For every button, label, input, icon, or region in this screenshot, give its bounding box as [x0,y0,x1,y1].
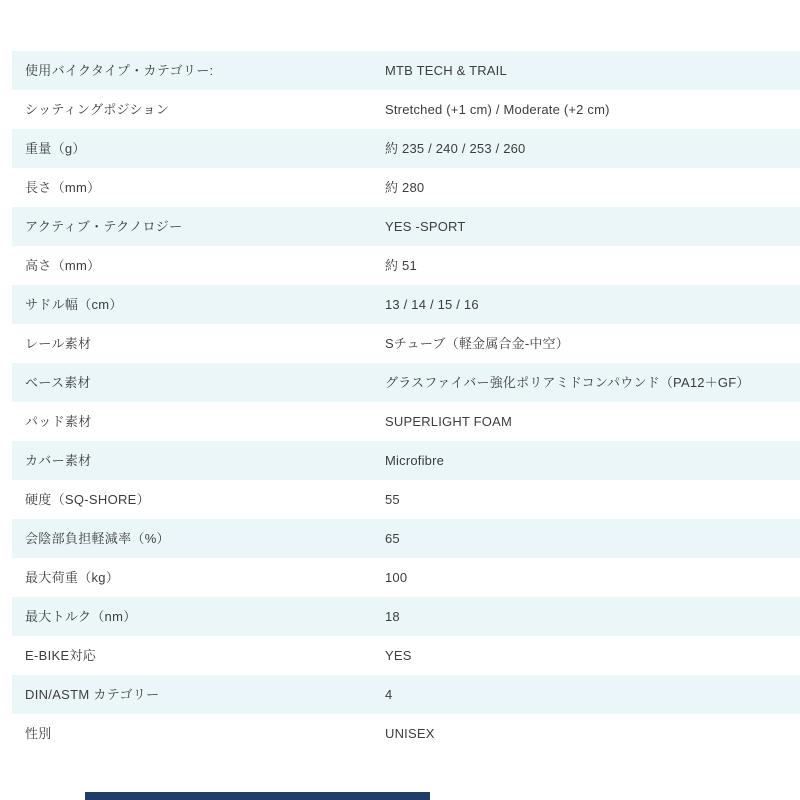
spec-value: YES -SPORT [385,207,800,246]
table-row: E-BIKE対応 YES [12,636,800,675]
spec-value: 約 280 [385,168,800,207]
spec-value: YES [385,636,800,675]
table-row: 会陰部負担軽減率（%） 65 [12,519,800,558]
spec-table: 使用バイクタイプ・カテゴリー: MTB TECH & TRAIL シッティングポ… [12,51,800,753]
spec-label: DIN/ASTM カテゴリー [12,675,385,714]
spec-value: SUPERLIGHT FOAM [385,402,800,441]
spec-label: 会陰部負担軽減率（%） [12,519,385,558]
spec-label: レール素材 [12,324,385,363]
table-row: ベース素材 グラスファイバー強化ポリアミドコンパウンド（PA12＋GF） [12,363,800,402]
spec-label: 硬度（SQ-SHORE） [12,480,385,519]
table-row: サドル幅（cm） 13 / 14 / 15 / 16 [12,285,800,324]
table-row: 最大荷重（kg） 100 [12,558,800,597]
spec-value: 100 [385,558,800,597]
spec-label: 使用バイクタイプ・カテゴリー: [12,51,385,90]
spec-value: UNISEX [385,714,800,753]
spec-label: 重量（g） [12,129,385,168]
table-row: 使用バイクタイプ・カテゴリー: MTB TECH & TRAIL [12,51,800,90]
table-row: カバー素材 Microfibre [12,441,800,480]
spec-label: ベース素材 [12,363,385,402]
table-row: 長さ（mm） 約 280 [12,168,800,207]
table-row: 硬度（SQ-SHORE） 55 [12,480,800,519]
spec-label: シッティングポジション [12,90,385,129]
table-row: 高さ（mm） 約 51 [12,246,800,285]
cut-off-footer-element[interactable] [85,792,430,800]
table-row: シッティングポジション Stretched (+1 cm) / Moderate… [12,90,800,129]
table-row: DIN/ASTM カテゴリー 4 [12,675,800,714]
spec-label: カバー素材 [12,441,385,480]
table-row: レール素材 Sチューブ（軽金属合金-中空） [12,324,800,363]
spec-value: Sチューブ（軽金属合金-中空） [385,324,800,363]
spec-label: サドル幅（cm） [12,285,385,324]
spec-label: E-BIKE対応 [12,636,385,675]
table-row: 性別 UNISEX [12,714,800,753]
spec-value: Stretched (+1 cm) / Moderate (+2 cm) [385,90,800,129]
spec-value: 13 / 14 / 15 / 16 [385,285,800,324]
table-row: 最大トルク（nm） 18 [12,597,800,636]
spec-value: 65 [385,519,800,558]
product-spec-page: 使用バイクタイプ・カテゴリー: MTB TECH & TRAIL シッティングポ… [0,0,800,800]
table-row: パッド素材 SUPERLIGHT FOAM [12,402,800,441]
spec-value: Microfibre [385,441,800,480]
spec-label: 性別 [12,714,385,753]
spec-value: グラスファイバー強化ポリアミドコンパウンド（PA12＋GF） [385,363,800,402]
spec-value: MTB TECH & TRAIL [385,51,800,90]
spec-value: 約 51 [385,246,800,285]
spec-label: アクティブ・テクノロジー [12,207,385,246]
spec-value: 55 [385,480,800,519]
spec-value: 約 235 / 240 / 253 / 260 [385,129,800,168]
spec-label: 長さ（mm） [12,168,385,207]
spec-label: パッド素材 [12,402,385,441]
spec-value: 18 [385,597,800,636]
table-row: アクティブ・テクノロジー YES -SPORT [12,207,800,246]
spec-value: 4 [385,675,800,714]
spec-label: 最大トルク（nm） [12,597,385,636]
table-row: 重量（g） 約 235 / 240 / 253 / 260 [12,129,800,168]
spec-label: 最大荷重（kg） [12,558,385,597]
spec-label: 高さ（mm） [12,246,385,285]
